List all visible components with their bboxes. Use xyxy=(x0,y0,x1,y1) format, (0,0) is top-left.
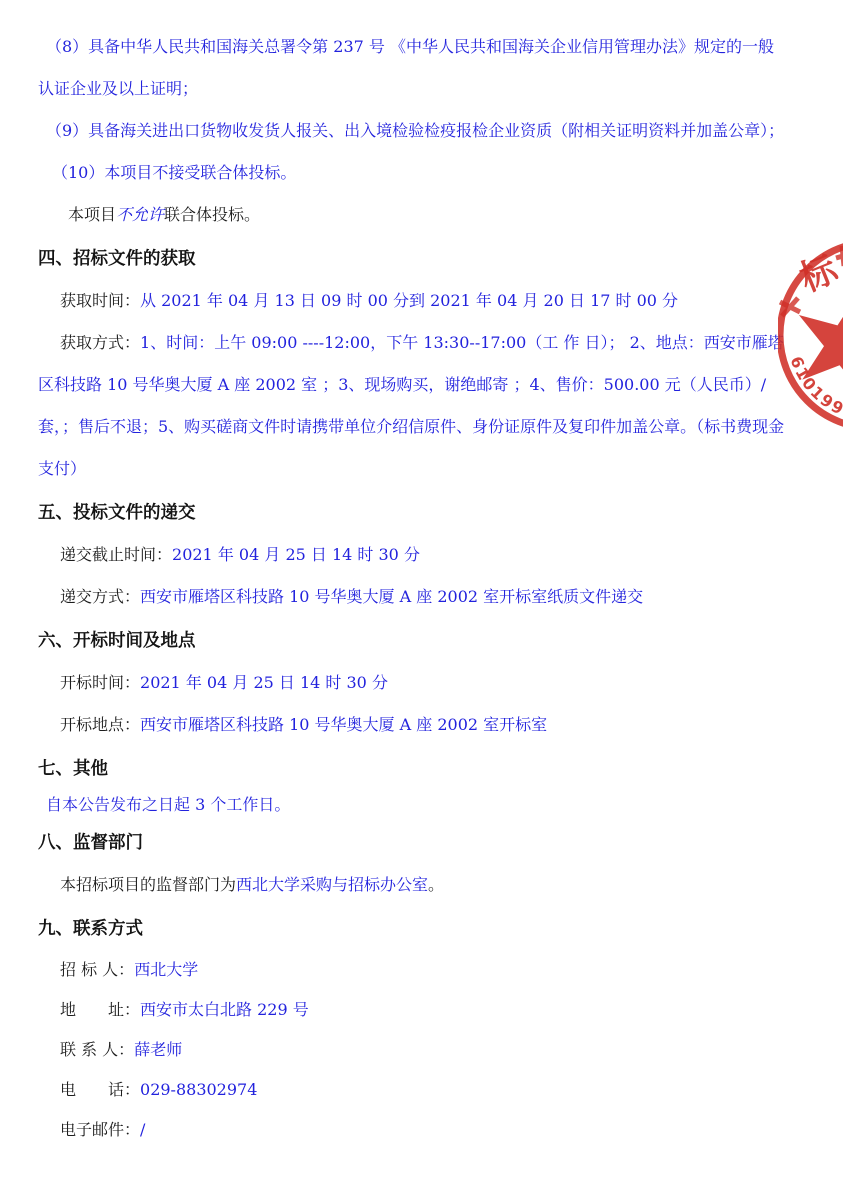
section-5-heading: 五、投标文件的递交 xyxy=(38,495,785,531)
official-stamp: 标 61019901 xyxy=(778,228,843,448)
stamp-ring xyxy=(780,242,843,428)
obtain-time-line: 获取时间：从 2021 年 04 月 13 日 09 时 00 分到 2021 … xyxy=(38,280,785,322)
clause-8: （8）具备中华人民共和国海关总署令第 237 号 《中华人民共和国海关企业信用管… xyxy=(38,26,785,110)
section-8-heading: 八、监督部门 xyxy=(38,825,785,861)
stamp-partial-glyph-right xyxy=(836,246,843,266)
section-6-heading: 六、开标时间及地点 xyxy=(38,623,785,659)
stamp-graphic: 标 61019901 xyxy=(778,228,843,448)
obtain-method-line: 获取方式：1、时间：上午 09:00 ----12:00，下午 13:30--1… xyxy=(38,322,785,490)
stamp-star xyxy=(799,292,843,396)
phone-label: 电 话： xyxy=(60,1080,140,1099)
supervision-suffix: 。 xyxy=(428,875,444,894)
open-place-line: 开标地点：西安市雁塔区科技路 10 号华奥大厦 A 座 2002 室开标室 xyxy=(38,704,785,746)
submit-deadline-value: 2021 年 04 月 25 日 14 时 30 分 xyxy=(172,545,420,564)
stamp-arc-text: 标 xyxy=(795,248,843,300)
open-time-line: 开标时间：2021 年 04 月 25 日 14 时 30 分 xyxy=(38,662,785,704)
address-label: 地 址： xyxy=(60,1000,140,1019)
submit-method-line: 递交方式：西安市雁塔区科技路 10 号华奥大厦 A 座 2002 室开标室纸质文… xyxy=(38,576,785,618)
document-page: （8）具备中华人民共和国海关总署令第 237 号 《中华人民共和国海关企业信用管… xyxy=(0,0,843,1188)
section-7-heading: 七、其他 xyxy=(38,751,785,787)
obtain-time-label: 获取时间： xyxy=(60,291,140,310)
stamp-number: 61019901 xyxy=(787,354,843,426)
submit-deadline-line: 递交截止时间：2021 年 04 月 25 日 14 时 30 分 xyxy=(38,534,785,576)
submit-method-value: 西安市雁塔区科技路 10 号华奥大厦 A 座 2002 室开标室纸质文件递交 xyxy=(140,587,643,606)
joint-venture-note: 本项目不允许联合体投标。 xyxy=(38,194,785,236)
open-place-label: 开标地点： xyxy=(60,715,140,734)
obtain-method-value: 1、时间：上午 09:00 ----12:00，下午 13:30--17:00（… xyxy=(38,333,784,478)
validity-note: 自本公告发布之日起 3 个工作日。 xyxy=(38,790,785,820)
phone-value: 029-88302974 xyxy=(140,1080,257,1099)
joint-note-emphasis: 不允许 xyxy=(116,205,164,224)
open-place-value: 西安市雁塔区科技路 10 号华奥大厦 A 座 2002 室开标室 xyxy=(140,715,547,734)
clause-9: （9）具备海关进出口货物收发货人报关、出入境检验检疫报检企业资质（附相关证明资料… xyxy=(38,110,785,152)
contact-row-phone: 电 话：029-88302974 xyxy=(38,1070,785,1110)
supervision-prefix: 本招标项目的监督部门为 xyxy=(60,875,236,894)
submit-method-label: 递交方式： xyxy=(60,587,140,606)
contact-row-address: 地 址：西安市太白北路 229 号 xyxy=(38,990,785,1030)
supervision-line: 本招标项目的监督部门为西北大学采购与招标办公室。 xyxy=(38,864,785,906)
open-time-value: 2021 年 04 月 25 日 14 时 30 分 xyxy=(140,673,388,692)
obtain-method-label: 获取方式： xyxy=(60,333,140,352)
email-value: / xyxy=(140,1120,145,1139)
submit-deadline-label: 递交截止时间： xyxy=(60,545,172,564)
tenderer-label: 招 标 人： xyxy=(60,960,134,979)
contact-row-tenderer: 招 标 人：西北大学 xyxy=(38,950,785,990)
contact-person-label: 联 系 人： xyxy=(60,1040,134,1059)
joint-note-suffix: 联合体投标。 xyxy=(164,205,260,224)
section-9-heading: 九、联系方式 xyxy=(38,911,785,947)
contact-row-person: 联 系 人：薛老师 xyxy=(38,1030,785,1070)
tenderer-value: 西北大学 xyxy=(134,960,198,979)
obtain-time-value: 从 2021 年 04 月 13 日 09 时 00 分到 2021 年 04 … xyxy=(140,291,678,310)
contact-row-email: 电子邮件：/ xyxy=(38,1110,785,1150)
contact-person-value: 薛老师 xyxy=(134,1040,182,1059)
open-time-label: 开标时间： xyxy=(60,673,140,692)
email-label: 电子邮件： xyxy=(60,1120,140,1139)
section-4-heading: 四、招标文件的获取 xyxy=(38,241,785,277)
address-value: 西安市太白北路 229 号 xyxy=(140,1000,309,1019)
clause-10: （10）本项目不接受联合体投标。 xyxy=(38,152,785,194)
supervision-department: 西北大学采购与招标办公室 xyxy=(236,875,428,894)
joint-note-prefix: 本项目 xyxy=(68,205,116,224)
